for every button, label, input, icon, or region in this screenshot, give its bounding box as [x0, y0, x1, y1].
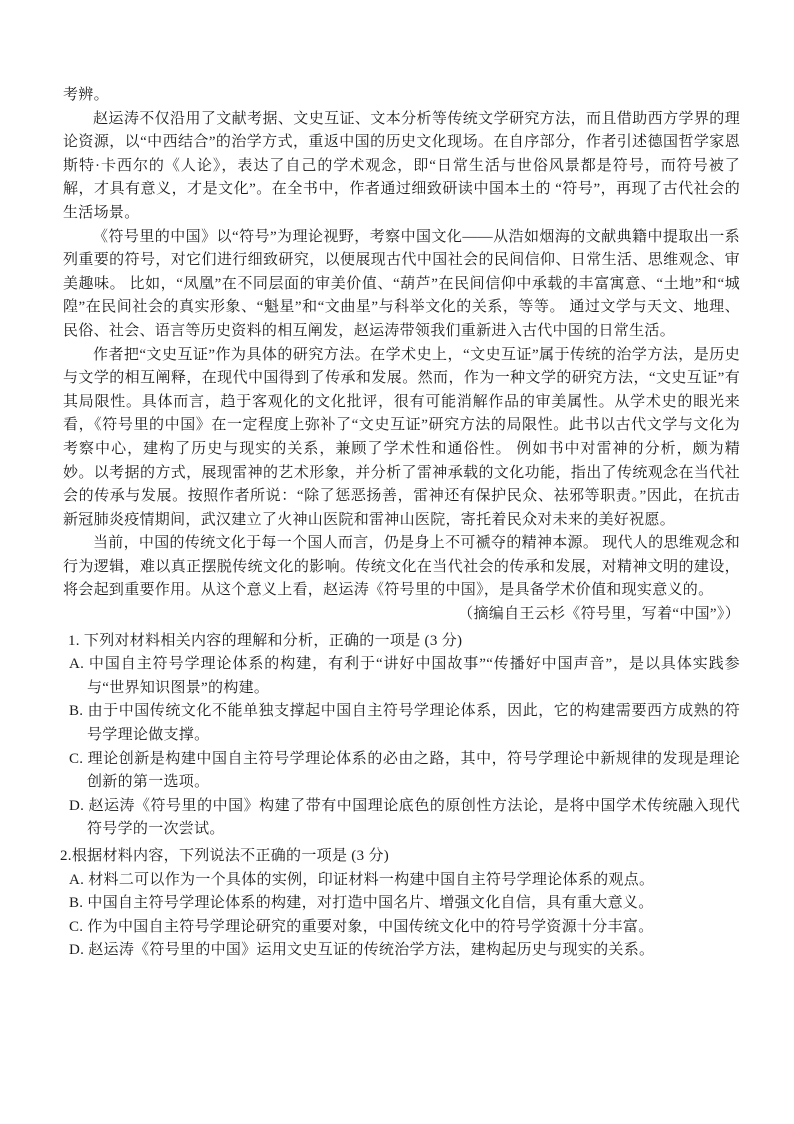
- question-2-option-c: C. 作为中国自主符号学理论研究的重要对象，中国传统文化中的符号学资源十分丰富。: [63, 916, 740, 940]
- body-paragraph-1: 赵运涛不仅沿用了文献考据、文史互证、文本分析等传统文学研究方法，而且借助西方学界…: [63, 108, 740, 226]
- question-2-option-a: A. 材料二可以作为一个具体的实例，印证材料一构建中国自主符号学理论体系的观点。: [63, 869, 740, 893]
- attribution-line: （摘编自王云杉《符号里，写着“中国”》）: [63, 603, 740, 627]
- text-block: 考辨。 赵运涛不仅沿用了文献考据、文史互证、文本分析等传统文学研究方法，而且借助…: [63, 84, 740, 963]
- question-1-option-c: C. 理论创新是构建中国自主符号学理论体系的必由之路，其中，符号学理论中新规律的…: [63, 748, 740, 795]
- question-1-option-a: A. 中国自主符号学理论体系的构建，有利于“讲好中国故事”“传播好中国声音”，是…: [63, 653, 740, 700]
- paragraph-continuation: 考辨。: [63, 84, 740, 108]
- document-page: 考辨。 赵运涛不仅沿用了文献考据、文史互证、文本分析等传统文学研究方法，而且借助…: [0, 0, 794, 1124]
- body-paragraph-3: 作者把“文史互证”作为具体的研究方法。在学术史上，“文史互证”属于传统的治学方法…: [63, 344, 740, 533]
- question-2-stem: 2.根据材料内容，下列说法不正确的一项是 (3 分): [60, 845, 740, 869]
- question-1-option-b: B. 由于中国传统文化不能单独支撑起中国自主符号学理论体系，因此，它的构建需要西…: [63, 700, 740, 747]
- body-paragraph-4: 当前，中国的传统文化于每一个国人而言，仍是身上不可褫夺的精神本源。 现代人的思维…: [63, 532, 740, 603]
- body-paragraph-2: 《符号里的中国》以“符号”为理论视野，考察中国文化——从浩如烟海的文献典籍中提取…: [63, 226, 740, 344]
- question-1-stem: 1. 下列对材料相关内容的理解和分析，正确的一项是 (3 分): [68, 630, 740, 654]
- question-2-option-b: B. 中国自主符号学理论体系的构建，对打造中国名片、增强文化自信，具有重大意义。: [63, 892, 740, 916]
- question-1-option-d: D. 赵运涛《符号里的中国》构建了带有中国理论底色的原创性方法论，是将中国学术传…: [63, 795, 740, 842]
- question-2-option-d: D. 赵运涛《符号里的中国》运用文史互证的传统治学方法，建构起历史与现实的关系。: [63, 939, 740, 963]
